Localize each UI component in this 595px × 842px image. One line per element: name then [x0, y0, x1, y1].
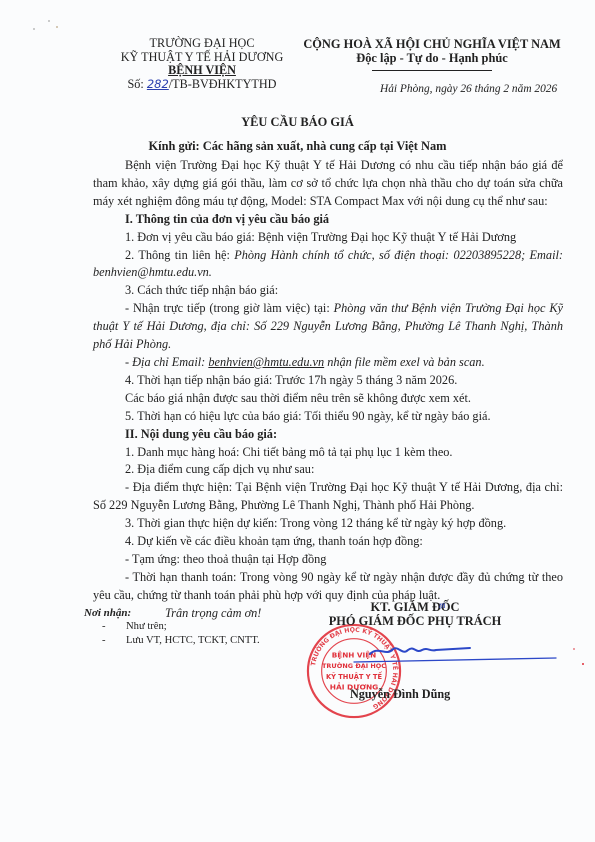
- intro-paragraph: Bệnh viện Trường Đại học Kỹ thuật Y tế H…: [93, 157, 563, 211]
- issuer-header: TRƯỜNG ĐẠI HỌC KỸ THUẬT Y TẾ HẢI DƯƠNG B…: [98, 37, 306, 91]
- document-number: Số: 282/TB-BVĐHKTYTHD: [98, 78, 306, 92]
- recipient-line: Kính gửi: Các hãng sản xuất, nhà cung cấ…: [0, 139, 595, 154]
- scan-speck: [56, 26, 58, 28]
- section1-item1: 1. Đơn vị yêu cầu báo giá: Bệnh viện Trư…: [93, 229, 563, 247]
- section1-item3a: - Nhận trực tiếp (trong giờ làm việc) tạ…: [93, 300, 563, 354]
- section2-item1: 1. Danh mục hàng hoá: Chi tiết bảng mô t…: [93, 444, 563, 462]
- section2-item2a: - Địa điểm thực hiện: Tại Bệnh viện Trườ…: [93, 479, 563, 515]
- document-date: Hải Phòng, ngày 26 tháng 2 năm 2026: [380, 83, 557, 95]
- document-body: Bệnh viện Trường Đại học Kỹ thuật Y tế H…: [93, 157, 563, 623]
- section2-item2: 2. Địa điểm cung cấp dịch vụ như sau:: [93, 461, 563, 479]
- recipients-heading: Nơi nhận:: [84, 606, 260, 620]
- section1-heading: I. Thông tin của đơn vị yêu cầu báo giá: [93, 211, 563, 229]
- national-title: CỘNG HOÀ XÃ HỘI CHỦ NGHĨA VIỆT NAM: [295, 37, 569, 51]
- initial-mark: ₥: [439, 600, 446, 610]
- national-motto: Độc lập - Tự do - Hạnh phúc: [295, 51, 569, 65]
- scan-speck: [33, 28, 35, 30]
- signer-name: Nguyễn Đình Dũng: [350, 687, 450, 702]
- section2-item4: 4. Dự kiến về các điều khoản tạm ứng, th…: [93, 533, 563, 551]
- motto-underline: [372, 70, 492, 71]
- document-number-handwritten: 282: [147, 77, 169, 91]
- issuer-line2: KỸ THUẬT Y TẾ HẢI DƯƠNG: [98, 51, 306, 65]
- official-stamp: TRƯỜNG ĐẠI HỌC KỸ THUẬT Y TẾ HẢI DƯƠNG B…: [305, 622, 403, 720]
- section1-item3b: - Địa chỉ Email: benhvien@hmtu.edu.vn nh…: [93, 354, 563, 372]
- signature-block: KT. GIÁM ĐỐC PHÓ GIÁM ĐỐC PHỤ TRÁCH: [270, 600, 560, 628]
- recipient-item: -Như trên;: [84, 620, 260, 634]
- email-link[interactable]: benhvien@hmtu.edu.vn: [208, 355, 324, 369]
- issuer-line3: BỆNH VIỆN: [98, 64, 306, 78]
- scan-speck: [573, 648, 575, 650]
- recipient-item: -Lưu VT, HCTC, TCKT, CNTT.: [84, 634, 260, 648]
- scan-speck: [582, 663, 584, 665]
- section1-item4: 4. Thời hạn tiếp nhận báo giá: Trước 17h…: [93, 372, 563, 390]
- national-header: CỘNG HOÀ XÃ HỘI CHỦ NGHĨA VIỆT NAM Độc l…: [295, 37, 569, 65]
- document-title: YÊU CẦU BÁO GIÁ: [0, 115, 595, 130]
- section1-item3: 3. Cách thức tiếp nhận báo giá:: [93, 282, 563, 300]
- section1-item5: 5. Thời hạn có hiệu lực của báo giá: Tối…: [93, 408, 563, 426]
- section2-item3: 3. Thời gian thực hiện dự kiến: Trong vò…: [93, 515, 563, 533]
- section1-item4-note: Các báo giá nhận được sau thời điểm nêu …: [93, 390, 563, 408]
- handwritten-signature: [350, 640, 560, 668]
- recipients-list: Nơi nhận: -Như trên; -Lưu VT, HCTC, TCKT…: [84, 606, 260, 648]
- scan-speck: [48, 20, 50, 22]
- signature-title2: PHÓ GIÁM ĐỐC PHỤ TRÁCH: [270, 614, 560, 628]
- section2-item4a: - Tạm ứng: theo thoả thuận tại Hợp đồng: [93, 551, 563, 569]
- stamp-line: KỸ THUẬT Y TẾ: [326, 671, 382, 681]
- signature-title1: KT. GIÁM ĐỐC: [270, 600, 560, 614]
- issuer-line1: TRƯỜNG ĐẠI HỌC: [98, 37, 306, 51]
- section1-item2: 2. Thông tin liên hệ: Phòng Hành chính t…: [93, 247, 563, 283]
- section2-heading: II. Nội dung yêu cầu báo giá:: [93, 426, 563, 444]
